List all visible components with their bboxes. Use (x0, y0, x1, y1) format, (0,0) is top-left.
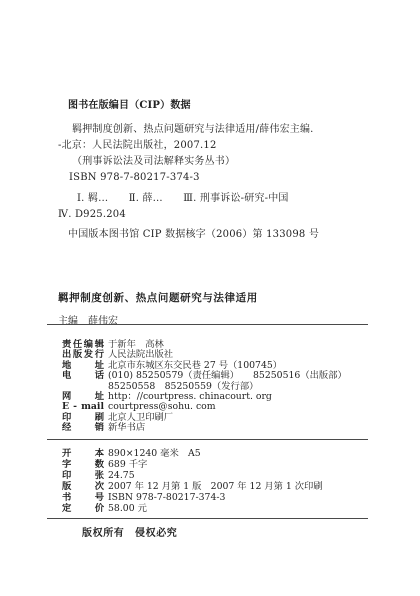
pub-info-label: 电话 (62, 371, 104, 381)
cip-header: 图书在版编目（CIP）数据 (68, 98, 373, 114)
cip-block: 图书在版编目（CIP）数据 羁押制度创新、热点问题研究与法律适用/薛伟宏主编. … (58, 98, 373, 243)
format-info-label: 印张 (62, 470, 104, 481)
book-title: 羁押制度创新、热点问题研究与法律适用 (58, 290, 258, 305)
cip-series-note: （刑事诉讼法及司法解释实务丛书） (72, 154, 373, 170)
format-info-label: 定价 (62, 503, 104, 514)
copyright-notice: 版权所有 侵权必究 (82, 524, 177, 539)
editor-name: 薛伟宏 (88, 316, 118, 327)
format-info-section: 开本 890×1240 毫米 A5 字数 689 千字 印张 24.75 版次 … (62, 448, 372, 514)
format-info-value: 890×1240 毫米 A5 (108, 448, 201, 459)
format-info-label: 开本 (62, 448, 104, 459)
format-info-row: 版次 2007 年 12 月第 1 版 2007 年 12 月第 1 次印刷 (62, 481, 372, 492)
pub-info-row: 经销 新华书店 (62, 423, 372, 433)
format-info-value: ISBN 978-7-80217-374-3 (108, 492, 225, 503)
cip-isbn: ISBN 978-7-80217-374-3 (69, 170, 373, 186)
format-info-row: 印张 24.75 (62, 470, 372, 481)
copyright-page: 图书在版编目（CIP）数据 羁押制度创新、热点问题研究与法律适用/薛伟宏主编. … (0, 0, 420, 596)
cip-entry-line-1: 羁押制度创新、热点问题研究与法律适用/薛伟宏主编. (72, 122, 373, 138)
format-info-row: 定价 58.00 元 (62, 503, 372, 514)
horizontal-rule-bottom (47, 518, 368, 519)
format-info-row: 字数 689 千字 (62, 459, 372, 470)
format-info-label: 书号 (62, 492, 104, 503)
cip-classification-line-1: Ⅰ. 羁… Ⅱ. 薛… Ⅲ. 刑事诉讼-研究-中国 (77, 191, 373, 207)
format-info-value: 689 千字 (108, 459, 147, 470)
cip-record-number: 中国版本图书馆 CIP 数据核字（2006）第 133098 号 (68, 227, 373, 243)
title-block: 羁押制度创新、热点问题研究与法律适用 主编薛伟宏 (58, 290, 258, 327)
format-info-value: 24.75 (108, 470, 135, 481)
editor-label: 主编 (58, 316, 78, 327)
horizontal-rule-top (47, 324, 368, 325)
publication-info-section: 责任编辑 于新年 高林 出版发行 人民法院出版社 地址 北京市东城区东交民巷 2… (62, 340, 372, 434)
cip-classification-line-2: Ⅳ. D925.204 (58, 207, 373, 223)
format-info-value: 58.00 元 (108, 503, 147, 514)
format-info-label: 字数 (62, 459, 104, 470)
horizontal-rule-middle (47, 439, 368, 440)
pub-info-value: 新华书店 (108, 423, 145, 433)
format-info-row: 开本 890×1240 毫米 A5 (62, 448, 372, 459)
format-info-label: 版次 (62, 481, 104, 492)
format-info-value: 2007 年 12 月第 1 版 2007 年 12 月第 1 次印刷 (108, 481, 323, 492)
cip-entry-line-2: -北京：人民法院出版社，2007.12 (58, 138, 373, 154)
pub-info-label: 经销 (62, 423, 104, 433)
format-info-row: 书号 ISBN 978-7-80217-374-3 (62, 492, 372, 503)
